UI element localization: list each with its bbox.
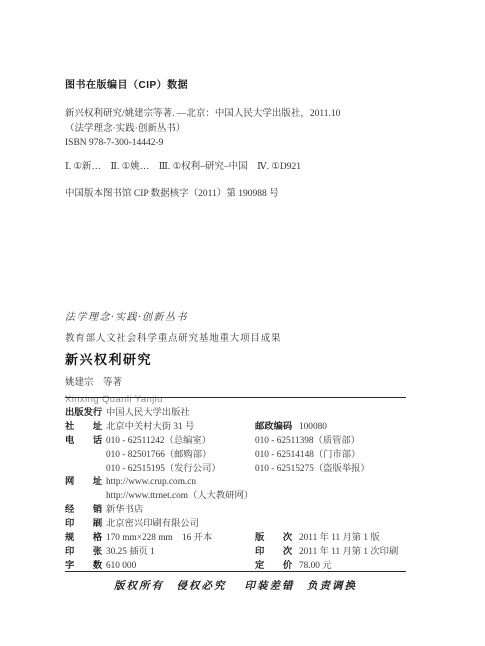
divider-top [65, 397, 406, 398]
cip-series-line: （法学理念·实践·创新丛书） [65, 122, 410, 137]
colophon-label: 印 刷 [65, 515, 103, 529]
colophon-value: 30.25 插页 1 [106, 547, 155, 557]
cip-title-line: 新兴权利研究/姚建宗等著. —北京：中国人民大学出版社，2011.10 [65, 107, 410, 122]
colophon-col2: 版 次2011 年 11 月第 1 版 [255, 529, 380, 543]
colophon-label: 网 址 [65, 473, 103, 487]
colophon-row-website-1: 网 址http://www.crup.com.cn [65, 473, 406, 487]
colophon-label: 印 张 [65, 543, 103, 557]
book-copyright-page: 图书在版编目（CIP）数据 新兴权利研究/姚建宗等著. —北京：中国人民大学出版… [0, 0, 485, 646]
colophon-row-format: 规 格170 mm×228 mm 16 开本 版 次2011 年 11 月第 1… [65, 529, 406, 543]
colophon-label: 邮政编码 [255, 418, 293, 432]
colophon-row-phone-2: 010 - 82501766（邮购部） 010 - 62514148（门市部） [65, 446, 406, 460]
colophon-row-wordcount: 字 数610 000 定 价78.00 元 [65, 557, 406, 571]
cip-registry-number: 中国版本图书馆 CIP 数据核字（2011）第 190988 号 [65, 187, 410, 202]
colophon-row-phone-1: 电 话010 - 62511242（总编室） 010 - 62511398（质管… [65, 432, 406, 446]
colophon-row-distributor: 经 销新华书店 [65, 501, 406, 515]
cip-block: 图书在版编目（CIP）数据 新兴权利研究/姚建宗等著. —北京：中国人民大学出版… [65, 76, 410, 202]
colophon-value: http://www.ttrnet.com（人大教研网） [106, 491, 253, 501]
colophon-row-website-2: http://www.ttrnet.com（人大教研网） [65, 487, 406, 501]
cip-classification: Ⅰ. ①新… Ⅱ. ①姚… Ⅲ. ①权利–研究–中国 Ⅳ. ①D921 [65, 160, 410, 175]
colophon-value: 北京中关村大街 31 号 [106, 422, 194, 432]
divider-bottom [65, 571, 406, 572]
colophon-label: 经 销 [65, 501, 103, 515]
colophon-col2: 010 - 62514148（门市部） [255, 446, 360, 460]
colophon-value: 100080 [299, 422, 327, 432]
colophon-col2: 010 - 62511398（质管部） [255, 432, 360, 446]
title-block: 法学理念·实践·创新丛书 教育部人文社会科学重点研究基地重大项目成果 新兴权利研… [65, 308, 410, 405]
colophon-row-publisher: 出版发行中国人民大学出版社 [65, 404, 406, 418]
colophon-value: 010 - 62514148（门市部） [255, 450, 360, 460]
colophon-value: 610 000 [106, 561, 136, 571]
copyright-notice: 版权所有 侵权必究印装差错 负责调换 [65, 578, 406, 593]
colophon-value: 010 - 62515275（盗版举报） [255, 464, 370, 474]
colophon-value: 010 - 62511398（质管部） [255, 436, 360, 446]
colophon-row-printer: 印 刷北京密兴印刷有限公司 [65, 515, 406, 529]
colophon-label: 字 数 [65, 557, 103, 571]
colophon-value: 中国人民大学出版社 [106, 408, 190, 418]
colophon-value: http://www.crup.com.cn [106, 477, 196, 487]
colophon-col2: 010 - 62515275（盗版举报） [255, 460, 370, 474]
colophon-row-sheets: 印 张30.25 插页 1 印 次2011 年 11 月第 1 次印刷 [65, 543, 406, 557]
copyright-notice-left: 版权所有 侵权必究 [114, 581, 227, 592]
colophon-col2: 邮政编码100080 [255, 418, 327, 432]
cip-isbn: ISBN 978-7-300-14442-9 [65, 136, 410, 151]
colophon-value: 010 - 62511242（总编室） [106, 436, 211, 446]
colophon-value: 北京密兴印刷有限公司 [106, 519, 199, 529]
colophon-label: 印 次 [255, 543, 293, 557]
colophon-block: 出版发行中国人民大学出版社 社 址北京中关村大街 31 号 邮政编码100080… [65, 404, 406, 571]
colophon-label: 出版发行 [65, 404, 103, 418]
colophon-value: 010 - 62515195（发行公司） [106, 464, 221, 474]
colophon-row-phone-3: 010 - 62515195（发行公司） 010 - 62515275（盗版举报… [65, 460, 406, 474]
colophon-value: 78.00 元 [299, 561, 332, 571]
cip-heading: 图书在版编目（CIP）数据 [65, 76, 410, 91]
colophon-label: 定 价 [255, 557, 293, 571]
book-authors: 姚建宗 等著 [65, 374, 410, 388]
colophon-value: 170 mm×228 mm 16 开本 [106, 533, 212, 543]
project-note: 教育部人文社会科学重点研究基地重大项目成果 [65, 330, 410, 344]
colophon-label: 电 话 [65, 432, 103, 446]
colophon-col2: 印 次2011 年 11 月第 1 次印刷 [255, 543, 398, 557]
colophon-label: 规 格 [65, 529, 103, 543]
colophon-value: 010 - 82501766（邮购部） [106, 450, 211, 460]
copyright-notice-right: 印装差错 负责调换 [245, 581, 358, 592]
series-name: 法学理念·实践·创新丛书 [65, 308, 410, 323]
colophon-label: 社 址 [65, 418, 103, 432]
book-title: 新兴权利研究 [65, 349, 410, 368]
colophon-col2: 定 价78.00 元 [255, 557, 332, 571]
colophon-value: 2011 年 11 月第 1 版 [299, 533, 380, 543]
colophon-label: 版 次 [255, 529, 293, 543]
colophon-value: 新华书店 [106, 505, 143, 515]
colophon-value: 2011 年 11 月第 1 次印刷 [299, 547, 398, 557]
colophon-row-address: 社 址北京中关村大街 31 号 邮政编码100080 [65, 418, 406, 432]
